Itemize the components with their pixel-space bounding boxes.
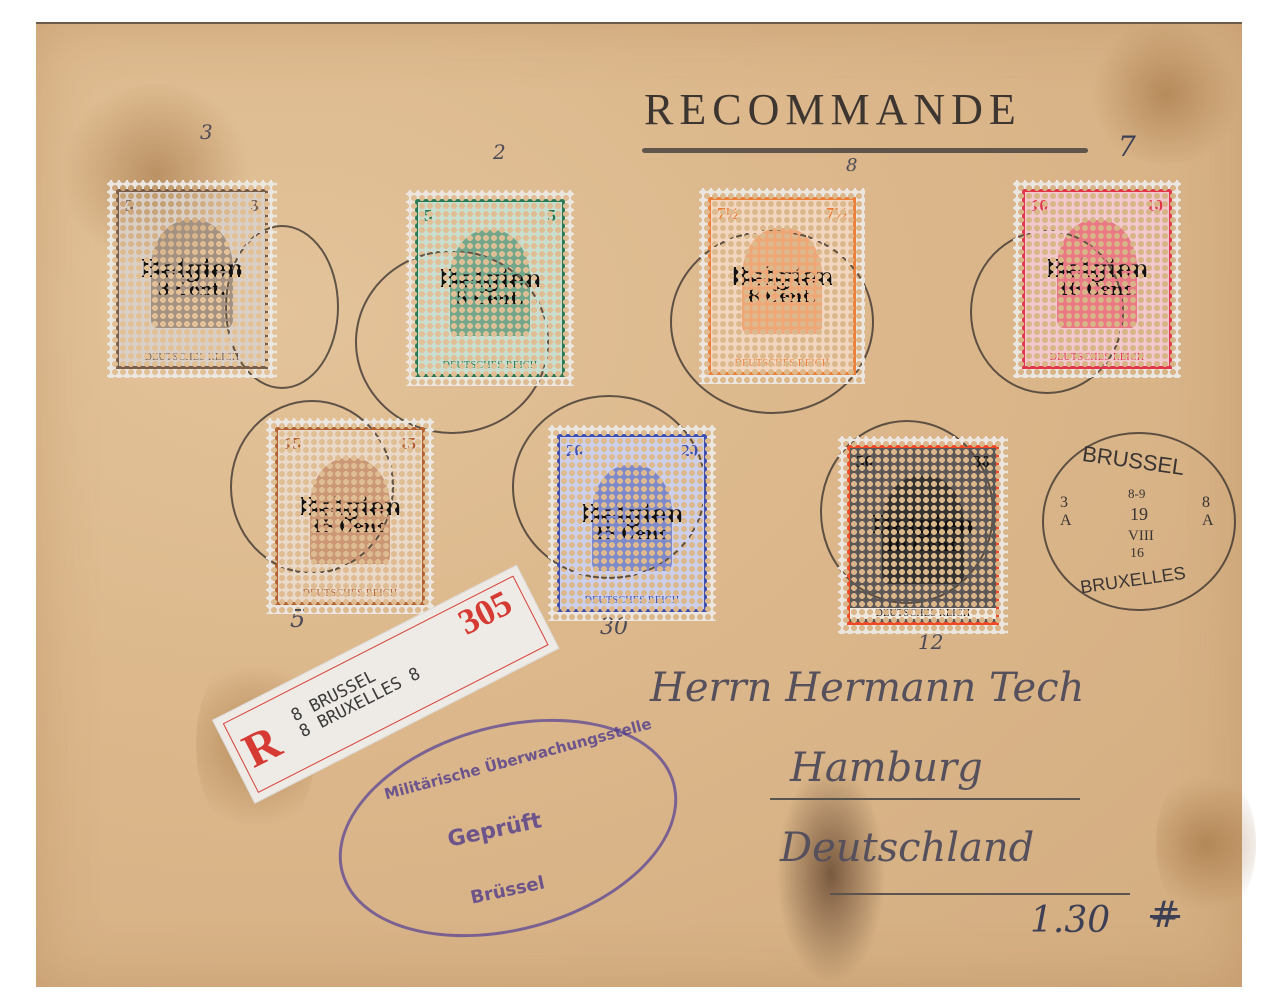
pencil-note: 7	[1118, 130, 1136, 163]
surcharge: 3 Cent.	[119, 282, 265, 300]
inscription: DEUTSCHES REICH	[418, 360, 562, 371]
postage-total: 1.30	[1030, 900, 1110, 941]
stamp-5-cent: 5 5 Belgien5 Cent. DEUTSCHES REICH	[406, 190, 574, 386]
recommande-mark: RECOMMANDE	[644, 84, 1022, 135]
address-underline	[830, 893, 1130, 895]
struck-amount: #	[1150, 895, 1180, 936]
stamp-10-cent: 10 10 Belgien10 Cent. DEUTSCHES REICH	[1013, 180, 1181, 378]
surcharge: 15 Cent.	[278, 519, 422, 537]
address-line-3: Deutschland	[780, 825, 1034, 871]
stamp-15-cent: 15 15 Belgien15 Cent. DEUTSCHES REICH	[266, 418, 434, 614]
surcharge: 25 Cent.	[560, 526, 704, 544]
surcharge: 10 Cent.	[1025, 282, 1169, 300]
address-line-2: Hamburg	[790, 745, 983, 791]
pencil-note: 2	[493, 140, 506, 164]
inscription: DEUTSCHES REICH	[711, 358, 853, 369]
surcharge: 5 Cent.	[418, 291, 562, 309]
stamp-40-cent: 30 30 Belgien40 Cent. DEUTSCHES REICH	[838, 436, 1008, 634]
surcharge: 40 Cent.	[850, 538, 996, 556]
stamp-25-cent: 20 20 Belgien25 Cent. DEUTSCHES REICH	[548, 425, 716, 621]
inscription: DEUTSCHES REICH	[119, 352, 265, 363]
address-underline	[770, 798, 1080, 800]
recommande-underline	[642, 148, 1088, 153]
inscription: DEUTSCHES REICH	[850, 608, 996, 619]
brussel-postmark: BRUSSEL 8-9 19 VIII 16 3 A 8 A BRUXELLES	[1042, 432, 1236, 611]
address-line-1: Herrn Hermann Tech	[650, 665, 1084, 711]
stamp-3-cent: 3 3 Belgien3 Cent. DEUTSCHES REICH	[107, 180, 277, 378]
inscription: DEUTSCHES REICH	[560, 595, 704, 606]
pencil-note: 3	[200, 120, 213, 144]
stain	[1086, 24, 1246, 164]
ink-stain	[776, 764, 886, 984]
pencil-note: 8	[846, 155, 857, 176]
surcharge: 8 Cent.	[711, 289, 853, 307]
inscription: DEUTSCHES REICH	[1025, 352, 1169, 363]
inscription: DEUTSCHES REICH	[278, 588, 422, 599]
stamp-8-cent: 7½ 7½ Belgien8 Cent. DEUTSCHES REICH	[699, 188, 865, 384]
